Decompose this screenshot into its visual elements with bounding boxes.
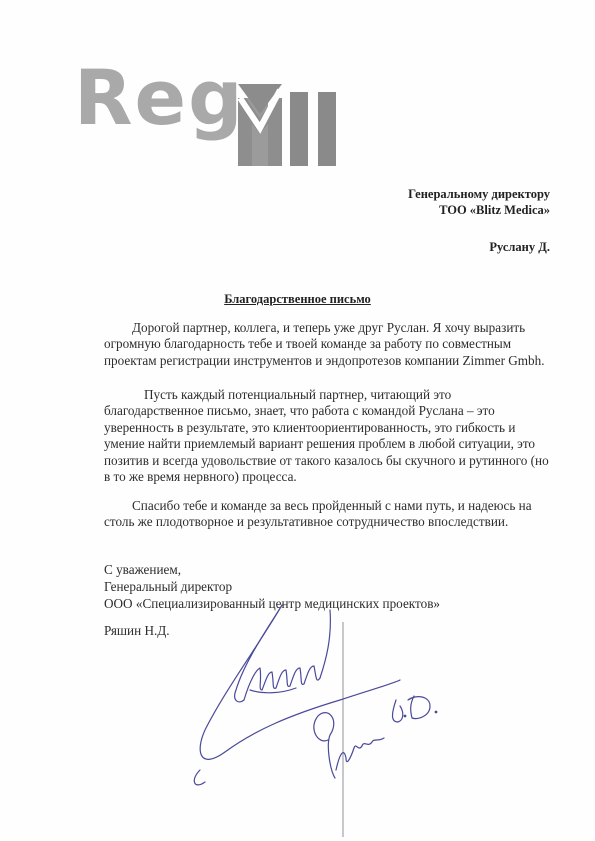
closing-block: С уважением, Генеральный директор ООО «С… [104, 561, 440, 612]
paragraph-line: проектам регистрации инструментов и эндо… [104, 353, 574, 369]
paragraph-line: огромную благодарность тебе и твоей кома… [104, 336, 574, 352]
paragraph-2: Пусть каждый потенциальный партнер, чита… [104, 387, 574, 485]
closing-position: Генеральный директор [104, 578, 440, 595]
signer-name: Ряшин Н.Д. [104, 623, 170, 639]
company-logo: Reg [74, 76, 334, 176]
paragraph-line: Спасибо тебе и команде за весь пройденны… [104, 498, 574, 514]
paragraph-line: Дорогой партнер, коллега, и теперь уже д… [104, 320, 574, 336]
paragraph-1: Дорогой партнер, коллега, и теперь уже д… [104, 320, 574, 369]
paragraph-line: столь же плодотворное и результативное с… [104, 514, 574, 530]
addressee-name: Руслану Д. [408, 239, 550, 255]
paragraph-line: в то же время нервного) процесса. [104, 469, 574, 485]
logo-checkmark-icon [238, 84, 338, 166]
letter-page: Reg Генеральному директору ТОО «Blitz Me… [0, 0, 595, 841]
addressee-block: Генеральному директору ТОО «Blitz Medica… [408, 186, 550, 255]
closing-regards: С уважением, [104, 561, 440, 578]
logo-text: Reg [74, 60, 244, 136]
paper-fold-line [342, 622, 344, 837]
paragraph-3: Спасибо тебе и команде за весь пройденны… [104, 498, 574, 531]
paragraph-line: благодарственное письмо, знает, что рабо… [104, 403, 574, 419]
letter-title: Благодарственное письмо [0, 292, 595, 307]
addressee-position: Генеральному директору [408, 186, 550, 202]
addressee-company: ТОО «Blitz Medica» [408, 202, 550, 218]
paragraph-line: Пусть каждый потенциальный партнер, чита… [104, 387, 574, 403]
paragraph-line: позитив и всегда удовольствие от такого … [104, 453, 574, 469]
paragraph-line: умение найти приемлемый вариант решения … [104, 436, 574, 452]
closing-organization: ООО «Специализированный центр медицински… [104, 595, 440, 612]
paragraph-line: уверенность в результате, это клиентоори… [104, 420, 574, 436]
